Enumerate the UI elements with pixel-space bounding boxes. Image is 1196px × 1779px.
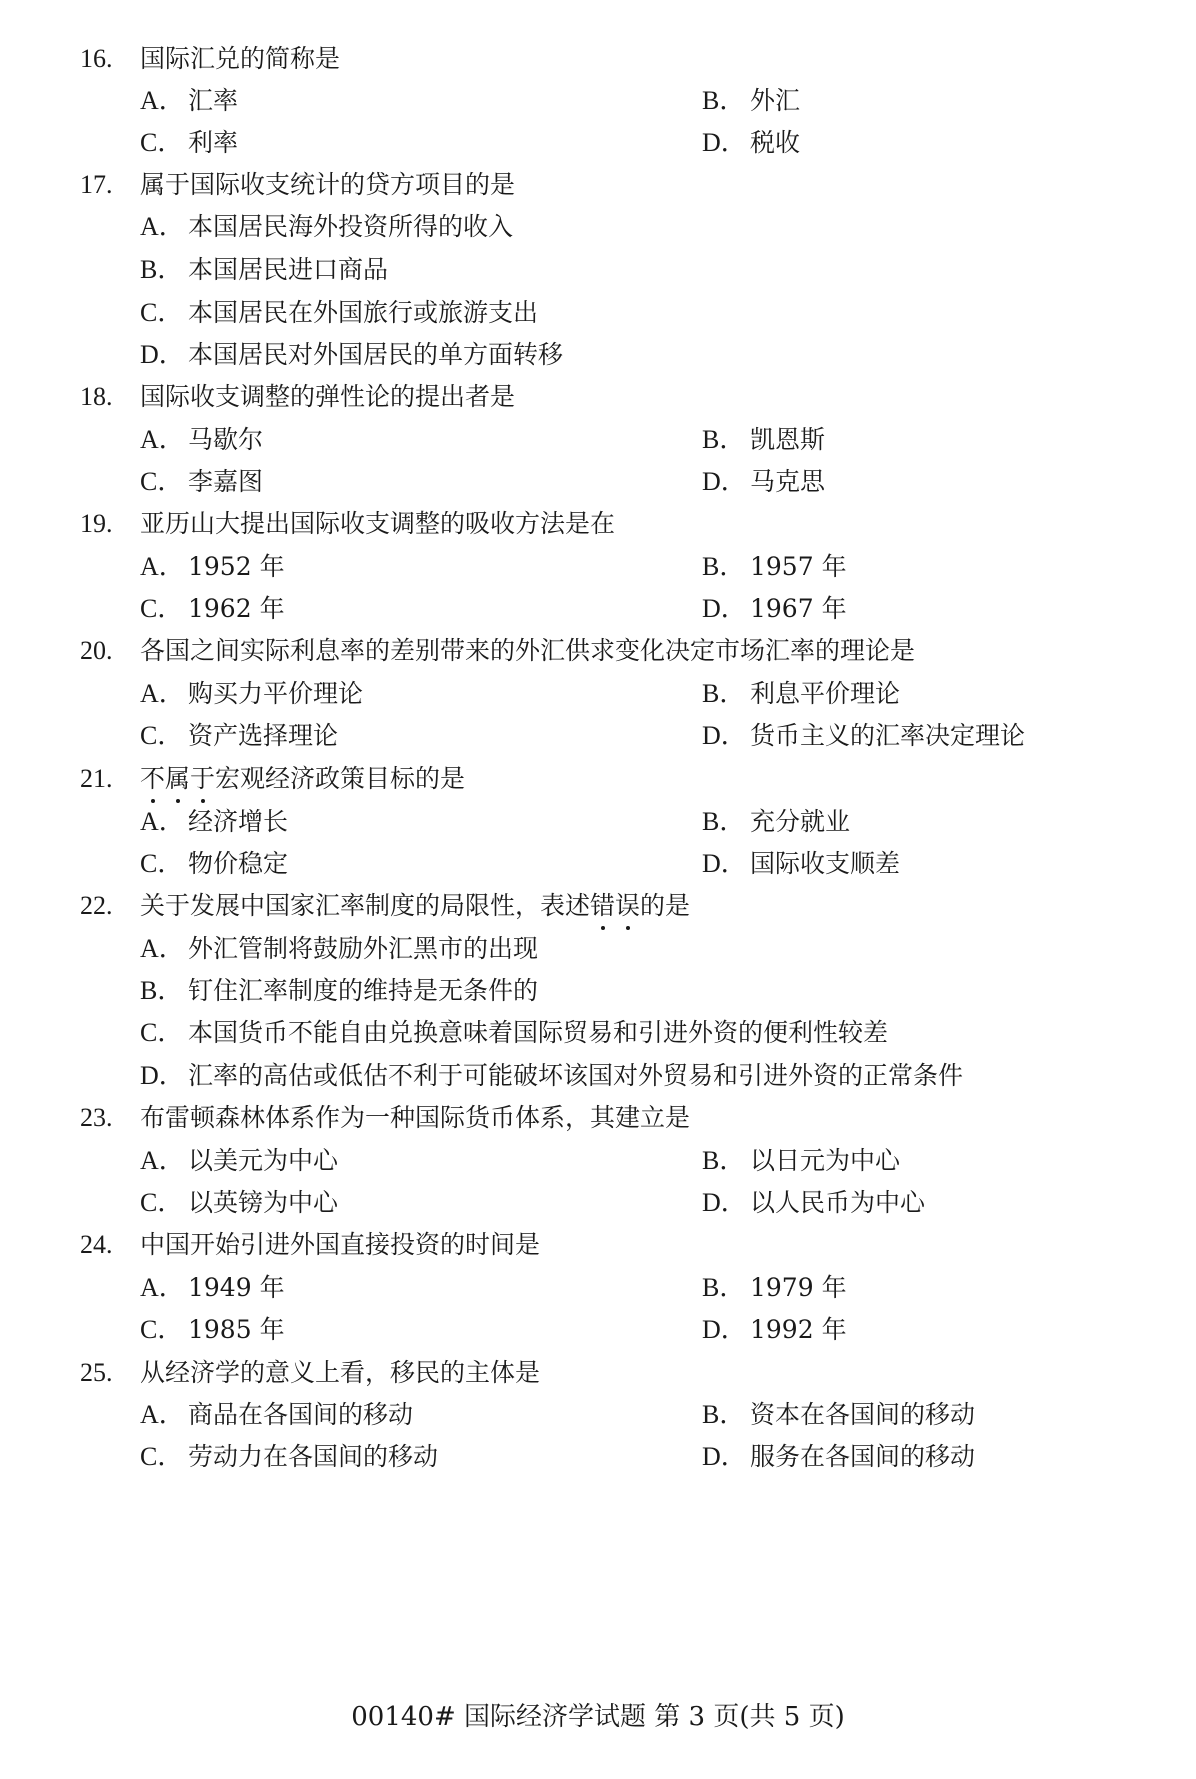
- option-c: C．物价稳定: [140, 847, 288, 881]
- page-footer: 00140# 国际经济学试题 第 3 页(共 5 页): [0, 1700, 1196, 1734]
- option-c: C．本国居民在外国旅行或旅游支出: [140, 296, 538, 330]
- option-label: C．: [140, 1016, 188, 1050]
- option-label: C．: [140, 1440, 188, 1474]
- question-stem: 布雷顿森林体系作为一种国际货币体系，其建立是: [140, 1103, 690, 1132]
- emphasized-char: 属: [165, 764, 190, 793]
- question-17: 17.属于国际收支统计的贷方项目的是: [80, 168, 515, 202]
- option-a: A．汇率: [140, 84, 238, 118]
- option-text: 凯恩斯: [750, 425, 825, 454]
- option-d: D．1967 年: [702, 592, 847, 626]
- option-label: C．: [140, 296, 188, 330]
- option-text: 以人民币为中心: [750, 1188, 925, 1217]
- option-text: 钉住汇率制度的维持是无条件的: [188, 976, 538, 1005]
- question-stem: 宏观经济政策目标的是: [215, 764, 465, 793]
- question-25: 25.从经济学的意义上看，移民的主体是: [80, 1356, 540, 1390]
- option-label: A．: [140, 210, 188, 244]
- option-label: D．: [140, 1059, 188, 1093]
- option-d: D．国际收支顺差: [702, 847, 900, 881]
- option-label: D．: [702, 1313, 750, 1347]
- option-d: D．税收: [702, 126, 800, 160]
- option-c: C．李嘉图: [140, 465, 263, 499]
- option-label: D．: [140, 338, 188, 372]
- option-a: A．本国居民海外投资所得的收入: [140, 210, 513, 244]
- option-text: 以英镑为中心: [188, 1188, 338, 1217]
- option-text: 1992 年: [750, 1315, 847, 1344]
- option-a: A．购买力平价理论: [140, 677, 363, 711]
- question-18: 18.国际收支调整的弹性论的提出者是: [80, 380, 515, 414]
- question-stem: 国际收支调整的弹性论的提出者是: [140, 382, 515, 411]
- option-label: D．: [702, 1440, 750, 1474]
- option-text: 本国居民海外投资所得的收入: [188, 212, 513, 241]
- question-stem: 国际汇兑的简称是: [140, 44, 340, 73]
- option-text: 充分就业: [750, 807, 850, 836]
- option-a: A．马歇尔: [140, 423, 263, 457]
- emphasized-char: 误: [615, 891, 640, 920]
- option-label: C．: [140, 1186, 188, 1220]
- option-label: B．: [702, 1144, 750, 1178]
- option-d: D．货币主义的汇率决定理论: [702, 719, 1025, 753]
- option-text: 1957 年: [750, 552, 847, 581]
- question-number: 24.: [80, 1228, 140, 1262]
- option-text: 服务在各国间的移动: [750, 1442, 975, 1471]
- option-label: A．: [140, 1271, 188, 1305]
- option-label: B．: [702, 1398, 750, 1432]
- option-label: C．: [140, 847, 188, 881]
- question-23: 23.布雷顿森林体系作为一种国际货币体系，其建立是: [80, 1101, 690, 1135]
- question-number: 22.: [80, 889, 140, 923]
- question-stem: 亚历山大提出国际收支调整的吸收方法是在: [140, 509, 615, 538]
- option-text: 以日元为中心: [750, 1146, 900, 1175]
- option-text: 1949 年: [188, 1273, 285, 1302]
- option-d: D．本国居民对外国居民的单方面转移: [140, 338, 563, 372]
- option-text: 汇率: [188, 86, 238, 115]
- question-21: 21.不属于宏观经济政策目标的是: [80, 762, 465, 796]
- option-text: 资本在各国间的移动: [750, 1400, 975, 1429]
- option-text: 马克思: [750, 467, 825, 496]
- option-text: 1967 年: [750, 594, 847, 623]
- option-label: A．: [140, 423, 188, 457]
- option-label: B．: [702, 1271, 750, 1305]
- option-a: A．经济增长: [140, 805, 288, 839]
- option-label: D．: [702, 126, 750, 160]
- option-label: B．: [140, 974, 188, 1008]
- option-label: A．: [140, 1144, 188, 1178]
- question-number: 19.: [80, 507, 140, 541]
- option-c: C．利率: [140, 126, 238, 160]
- option-a: A．外汇管制将鼓励外汇黑市的出现: [140, 932, 538, 966]
- option-text: 外汇管制将鼓励外汇黑市的出现: [188, 934, 538, 963]
- option-a: A．以美元为中心: [140, 1144, 338, 1178]
- option-text: 外汇: [750, 86, 800, 115]
- option-text: 劳动力在各国间的移动: [188, 1442, 438, 1471]
- question-stem: 各国之间实际利息率的差别带来的外汇供求变化决定市场汇率的理论是: [140, 636, 915, 665]
- option-label: B．: [702, 677, 750, 711]
- question-number: 18.: [80, 380, 140, 414]
- option-label: C．: [140, 592, 188, 626]
- option-d: D．以人民币为中心: [702, 1186, 925, 1220]
- option-b: B．1957 年: [702, 550, 847, 584]
- option-b: B．资本在各国间的移动: [702, 1398, 975, 1432]
- option-label: C．: [140, 1313, 188, 1347]
- option-b: B．凯恩斯: [702, 423, 825, 457]
- option-b: B．以日元为中心: [702, 1144, 900, 1178]
- question-number: 20.: [80, 634, 140, 668]
- question-20: 20.各国之间实际利息率的差别带来的外汇供求变化决定市场汇率的理论是: [80, 634, 915, 668]
- option-text: 本国货币不能自由兑换意味着国际贸易和引进外资的便利性较差: [188, 1018, 888, 1047]
- question-stem: 中国开始引进外国直接投资的时间是: [140, 1230, 540, 1259]
- question-number: 25.: [80, 1356, 140, 1390]
- option-label: D．: [702, 592, 750, 626]
- question-16: 16.国际汇兑的简称是: [80, 42, 340, 76]
- option-text: 货币主义的汇率决定理论: [750, 721, 1025, 750]
- option-label: D．: [702, 847, 750, 881]
- question-number: 17.: [80, 168, 140, 202]
- option-label: A．: [140, 677, 188, 711]
- option-label: B．: [702, 550, 750, 584]
- question-number: 23.: [80, 1101, 140, 1135]
- option-d: D．马克思: [702, 465, 825, 499]
- emphasized-char: 于: [190, 764, 215, 793]
- question-stem: 从经济学的意义上看，移民的主体是: [140, 1358, 540, 1387]
- option-c: C．本国货币不能自由兑换意味着国际贸易和引进外资的便利性较差: [140, 1016, 888, 1050]
- option-c: C．以英镑为中心: [140, 1186, 338, 1220]
- option-label: A．: [140, 805, 188, 839]
- option-text: 利率: [188, 128, 238, 157]
- question-stem-tail: 的是: [640, 891, 690, 920]
- option-b: B．充分就业: [702, 805, 850, 839]
- question-22: 22.关于发展中国家汇率制度的局限性，表述错误的是: [80, 889, 690, 923]
- question-stem: 关于发展中国家汇率制度的局限性，表述: [140, 891, 590, 920]
- emphasized-char: 错: [590, 891, 615, 920]
- question-24: 24.中国开始引进外国直接投资的时间是: [80, 1228, 540, 1262]
- option-label: C．: [140, 465, 188, 499]
- option-label: C．: [140, 719, 188, 753]
- option-text: 以美元为中心: [188, 1146, 338, 1175]
- option-text: 1985 年: [188, 1315, 285, 1344]
- option-text: 本国居民在外国旅行或旅游支出: [188, 298, 538, 327]
- option-c: C．劳动力在各国间的移动: [140, 1440, 438, 1474]
- option-label: A．: [140, 550, 188, 584]
- emphasized-char: 不: [140, 764, 165, 793]
- option-text: 税收: [750, 128, 800, 157]
- option-label: B．: [702, 84, 750, 118]
- option-b: B．本国居民进口商品: [140, 253, 388, 287]
- option-text: 利息平价理论: [750, 679, 900, 708]
- option-text: 1962 年: [188, 594, 285, 623]
- option-label: B．: [140, 253, 188, 287]
- question-19: 19.亚历山大提出国际收支调整的吸收方法是在: [80, 507, 615, 541]
- option-label: D．: [702, 1186, 750, 1220]
- option-b: B．外汇: [702, 84, 800, 118]
- option-text: 1979 年: [750, 1273, 847, 1302]
- exam-page: 16.国际汇兑的简称是 A．汇率 B．外汇 C．利率 D．税收 17.属于国际收…: [0, 0, 1196, 1779]
- option-b: B．1979 年: [702, 1271, 847, 1305]
- question-number: 16.: [80, 42, 140, 76]
- option-text: 马歇尔: [188, 425, 263, 454]
- option-b: B．钉住汇率制度的维持是无条件的: [140, 974, 538, 1008]
- option-text: 本国居民对外国居民的单方面转移: [188, 340, 563, 369]
- option-c: C．1985 年: [140, 1313, 285, 1347]
- option-label: D．: [702, 719, 750, 753]
- option-a: A．1949 年: [140, 1271, 285, 1305]
- option-text: 1952 年: [188, 552, 285, 581]
- option-d: D．1992 年: [702, 1313, 847, 1347]
- option-a: A．商品在各国间的移动: [140, 1398, 413, 1432]
- option-label: B．: [702, 805, 750, 839]
- option-d: D．汇率的高估或低估不利于可能破坏该国对外贸易和引进外资的正常条件: [140, 1059, 963, 1093]
- option-c: C．1962 年: [140, 592, 285, 626]
- option-d: D．服务在各国间的移动: [702, 1440, 975, 1474]
- question-stem: 属于国际收支统计的贷方项目的是: [140, 170, 515, 199]
- option-a: A．1952 年: [140, 550, 285, 584]
- option-label: A．: [140, 932, 188, 966]
- option-text: 物价稳定: [188, 849, 288, 878]
- option-text: 国际收支顺差: [750, 849, 900, 878]
- option-label: B．: [702, 423, 750, 457]
- option-label: C．: [140, 126, 188, 160]
- option-text: 经济增长: [188, 807, 288, 836]
- option-text: 本国居民进口商品: [188, 255, 388, 284]
- option-text: 李嘉图: [188, 467, 263, 496]
- option-text: 资产选择理论: [188, 721, 338, 750]
- option-label: A．: [140, 1398, 188, 1432]
- option-label: D．: [702, 465, 750, 499]
- option-text: 购买力平价理论: [188, 679, 363, 708]
- question-number: 21.: [80, 762, 140, 796]
- option-c: C．资产选择理论: [140, 719, 338, 753]
- option-text: 商品在各国间的移动: [188, 1400, 413, 1429]
- option-b: B．利息平价理论: [702, 677, 900, 711]
- option-text: 汇率的高估或低估不利于可能破坏该国对外贸易和引进外资的正常条件: [188, 1061, 963, 1090]
- option-label: A．: [140, 84, 188, 118]
